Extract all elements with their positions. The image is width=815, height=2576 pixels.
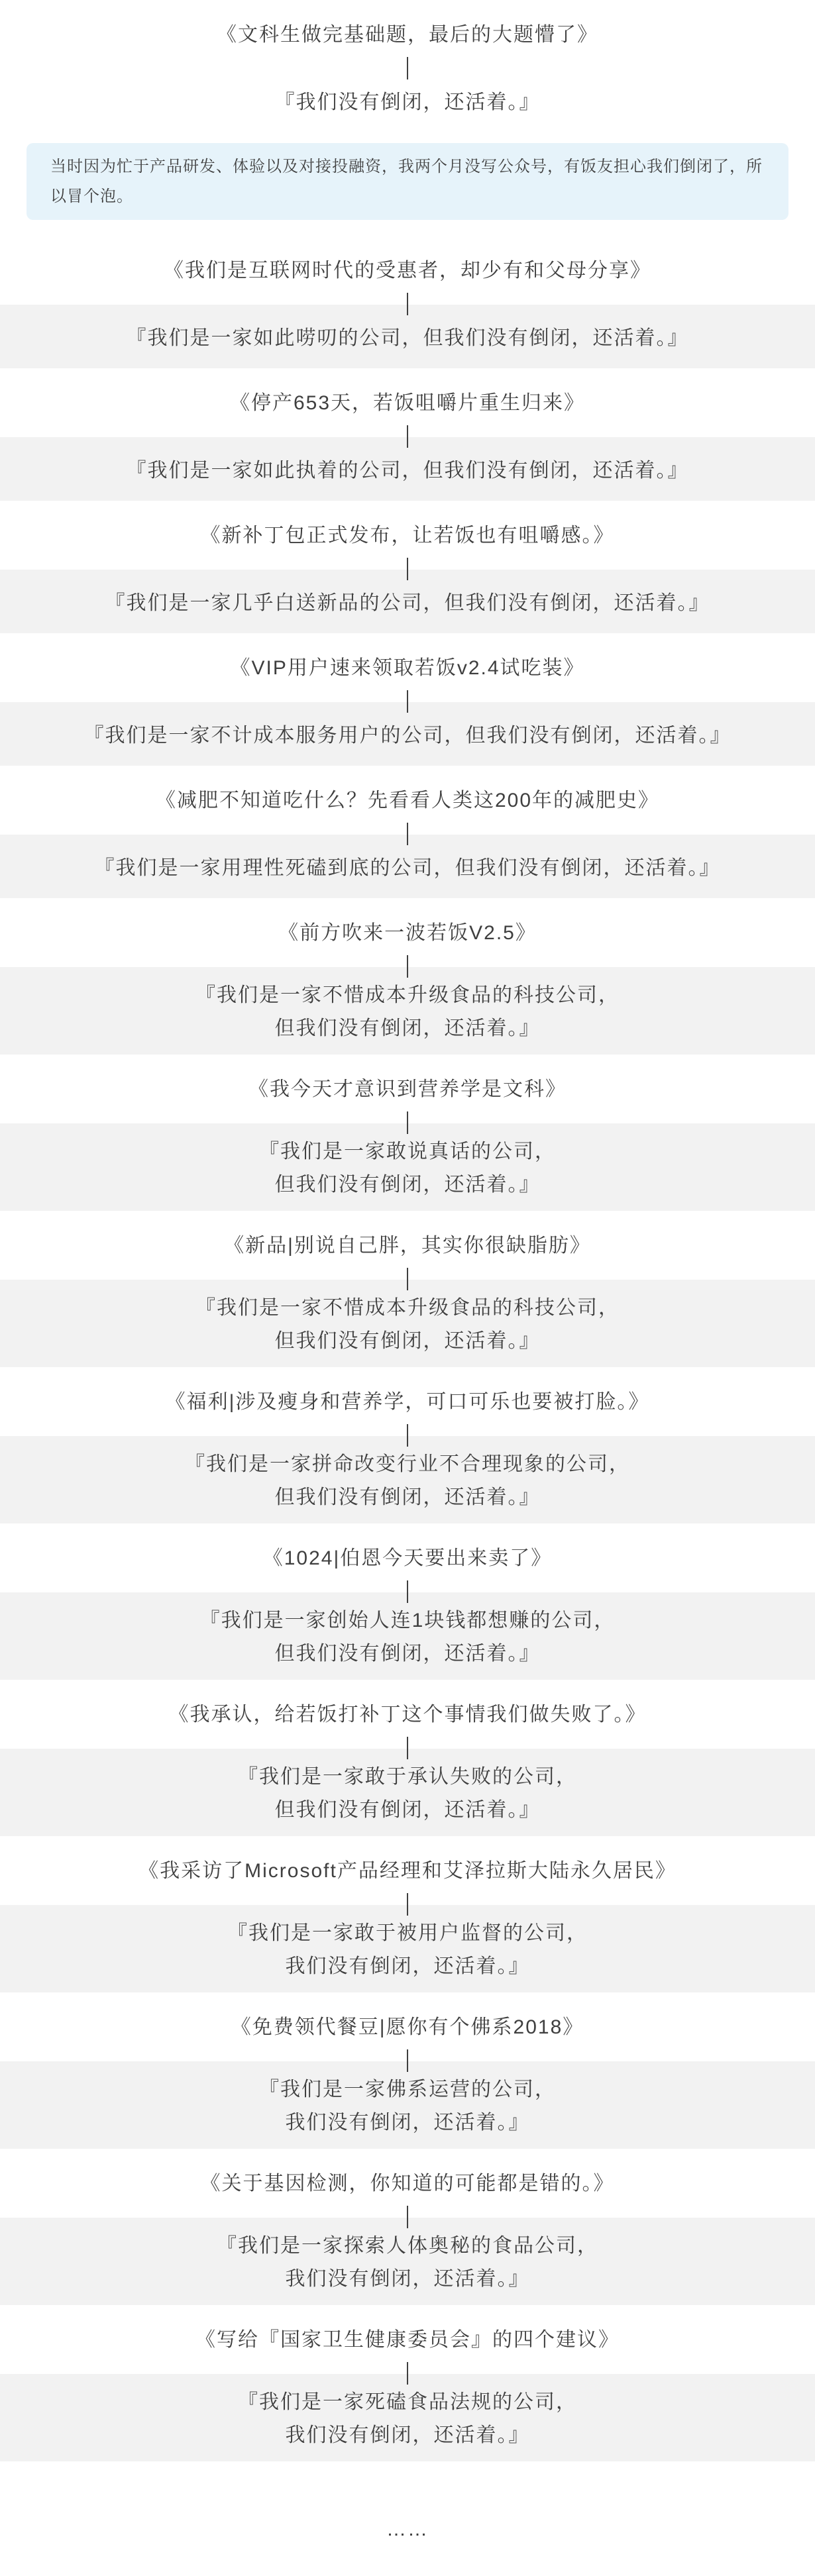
divider-bar (407, 2362, 408, 2385)
post-title: 《福利|涉及瘦身和营养学，可口可乐也要被打脸。》 (0, 1388, 815, 1416)
author-note: 当时因为忙于产品研发、体验以及对接投融资，我两个月没写公众号，有饭友担心我们倒闭… (27, 143, 788, 220)
quote-line: 『我们是一家拼命改变行业不合理现象的公司， (13, 1448, 802, 1481)
company-status-quote: 『我们是一家死磕食品法规的公司， 我们没有倒闭，还活着。』 (0, 2374, 815, 2461)
divider-bar (407, 1268, 408, 1290)
quote-line: 『我们是一家创始人连1块钱都想赚的公司， (13, 1604, 802, 1637)
divider-bar (407, 57, 408, 79)
post-title: 《文科生做完基础题，最后的大题懵了》 (0, 21, 815, 49)
divider-bar (407, 1424, 408, 1447)
post-section: 《文科生做完基础题，最后的大题懵了》 『我们没有倒闭，还活着。』 (0, 21, 815, 119)
post-title: 《我们是互联网时代的受惠者，却少有和父母分享》 (0, 257, 815, 285)
company-status-quote: 『我们是一家不惜成本升级食品的科技公司， 但我们没有倒闭，还活着。』 (0, 1280, 815, 1367)
divider-bar (407, 2049, 408, 2072)
quote-line: 『我们没有倒闭，还活着。』 (0, 86, 815, 119)
divider-bar (407, 1111, 408, 1134)
post-title: 《我承认，给若饭打补丁这个事情我们做失败了。》 (0, 1701, 815, 1729)
post-title: 《1024|伯恩今天要出来卖了》 (0, 1545, 815, 1572)
post-title: 《VIP用户速来领取若饭v2.4试吃装》 (0, 654, 815, 682)
divider-bar (407, 690, 408, 713)
quote-line: 我们没有倒闭，还活着。』 (13, 2106, 802, 2139)
quote-line: 『我们是一家几乎白送新品的公司，但我们没有倒闭，还活着。』 (13, 587, 802, 620)
company-status-quote: 『我们是一家创始人连1块钱都想赚的公司， 但我们没有倒闭，还活着。』 (0, 1592, 815, 1680)
post-section: 《新补丁包正式发布，让若饭也有咀嚼感。》 『我们是一家几乎白送新品的公司，但我们… (0, 522, 815, 633)
quote-line: 『我们是一家敢说真话的公司， (13, 1135, 802, 1168)
quote-line: 『我们是一家佛系运营的公司， (13, 2073, 802, 2106)
quote-line: 但我们没有倒闭，还活着。』 (13, 1012, 802, 1045)
divider-bar (407, 2206, 408, 2228)
quote-line: 『我们是一家不惜成本升级食品的科技公司， (13, 1292, 802, 1325)
post-title: 《停产653天，若饭咀嚼片重生归来》 (0, 389, 815, 417)
quote-line: 但我们没有倒闭，还活着。』 (13, 1481, 802, 1514)
company-status-quote: 『我们是一家佛系运营的公司， 我们没有倒闭，还活着。』 (0, 2061, 815, 2149)
divider-bar (407, 1893, 408, 1916)
quote-line: 『我们是一家不惜成本升级食品的科技公司， (13, 979, 802, 1012)
post-section: 《免费领代餐豆|愿你有个佛系2018》 『我们是一家佛系运营的公司， 我们没有倒… (0, 2014, 815, 2149)
quote-line: 『我们是一家敢于承认失败的公司， (13, 1761, 802, 1794)
company-status-quote: 『我们是一家拼命改变行业不合理现象的公司， 但我们没有倒闭，还活着。』 (0, 1436, 815, 1523)
post-section: 《我采访了Microsoft产品经理和艾泽拉斯大陆永久居民》 『我们是一家敢于被… (0, 1857, 815, 1992)
quote-line: 『我们是一家如此唠叨的公司，但我们没有倒闭，还活着。』 (13, 322, 802, 355)
post-section: 《VIP用户速来领取若饭v2.4试吃装》 『我们是一家不计成本服务用户的公司，但… (0, 654, 815, 766)
quote-line: 『我们是一家死磕食品法规的公司， (13, 2386, 802, 2419)
divider-bar (407, 425, 408, 448)
article-page: 《文科生做完基础题，最后的大题懵了》 『我们没有倒闭，还活着。』 当时因为忙于产… (0, 0, 815, 2576)
post-title: 《免费领代餐豆|愿你有个佛系2018》 (0, 2014, 815, 2041)
post-section: 《减肥不知道吃什么？先看看人类这200年的减肥史》 『我们是一家用理性死磕到底的… (0, 787, 815, 898)
company-status-quote: 『我们没有倒闭，还活着。』 (0, 86, 815, 119)
post-title: 《我采访了Microsoft产品经理和艾泽拉斯大陆永久居民》 (0, 1857, 815, 1885)
quote-line: 『我们是一家敢于被用户监督的公司， (13, 1917, 802, 1950)
post-section: 《停产653天，若饭咀嚼片重生归来》 『我们是一家如此执着的公司，但我们没有倒闭… (0, 389, 815, 501)
quote-line: 但我们没有倒闭，还活着。』 (13, 1168, 802, 1202)
post-section: 《我们是互联网时代的受惠者，却少有和父母分享》 『我们是一家如此唠叨的公司，但我… (0, 257, 815, 368)
post-section: 《关于基因检测，你知道的可能都是错的。》 『我们是一家探索人体奥秘的食品公司， … (0, 2170, 815, 2305)
quote-line: 『我们是一家探索人体奥秘的食品公司， (13, 2230, 802, 2263)
divider-bar (407, 558, 408, 580)
quote-line: 但我们没有倒闭，还活着。』 (13, 1794, 802, 1827)
quote-line: 我们没有倒闭，还活着。』 (13, 2263, 802, 2296)
quote-line: 我们没有倒闭，还活着。』 (13, 2419, 802, 2452)
post-section: 《我承认，给若饭打补丁这个事情我们做失败了。》 『我们是一家敢于承认失败的公司，… (0, 1701, 815, 1836)
company-status-quote: 『我们是一家敢于承认失败的公司， 但我们没有倒闭，还活着。』 (0, 1749, 815, 1836)
post-section: 《前方吹来一波若饭V2.5》 『我们是一家不惜成本升级食品的科技公司， 但我们没… (0, 919, 815, 1055)
ellipsis: …… (0, 2513, 815, 2546)
quote-line: 『我们是一家不计成本服务用户的公司，但我们没有倒闭，还活着。』 (13, 719, 802, 752)
divider-bar (407, 1737, 408, 1759)
post-title: 《前方吹来一波若饭V2.5》 (0, 919, 815, 947)
quote-line: 但我们没有倒闭，还活着。』 (13, 1325, 802, 1358)
post-title: 《我今天才意识到营养学是文科》 (0, 1076, 815, 1104)
post-section: 《写给『国家卫生健康委员会』的四个建议》 『我们是一家死磕食品法规的公司， 我们… (0, 2326, 815, 2461)
divider-bar (407, 293, 408, 315)
post-title: 《新补丁包正式发布，让若饭也有咀嚼感。》 (0, 522, 815, 550)
post-title: 《关于基因检测，你知道的可能都是错的。》 (0, 2170, 815, 2198)
divider-bar (407, 823, 408, 845)
post-title: 《减肥不知道吃什么？先看看人类这200年的减肥史》 (0, 787, 815, 815)
post-section: 《新品|别说自己胖，其实你很缺脂肪》 『我们是一家不惜成本升级食品的科技公司， … (0, 1232, 815, 1367)
post-section: 《福利|涉及瘦身和营养学，可口可乐也要被打脸。》 『我们是一家拼命改变行业不合理… (0, 1388, 815, 1523)
quote-line: 但我们没有倒闭，还活着。』 (13, 1637, 802, 1671)
post-title: 《新品|别说自己胖，其实你很缺脂肪》 (0, 1232, 815, 1260)
divider-bar (407, 955, 408, 978)
quote-line: 『我们是一家用理性死磕到底的公司，但我们没有倒闭，还活着。』 (13, 852, 802, 885)
company-status-quote: 『我们是一家敢说真话的公司， 但我们没有倒闭，还活着。』 (0, 1123, 815, 1211)
company-status-quote: 『我们是一家敢于被用户监督的公司， 我们没有倒闭，还活着。』 (0, 1905, 815, 1992)
company-status-quote: 『我们是一家不惜成本升级食品的科技公司， 但我们没有倒闭，还活着。』 (0, 967, 815, 1055)
post-section: 《1024|伯恩今天要出来卖了》 『我们是一家创始人连1块钱都想赚的公司， 但我… (0, 1545, 815, 1680)
post-section: 《我今天才意识到营养学是文科》 『我们是一家敢说真话的公司， 但我们没有倒闭，还… (0, 1076, 815, 1211)
post-title: 《写给『国家卫生健康委员会』的四个建议》 (0, 2326, 815, 2354)
quote-line: 『我们是一家如此执着的公司，但我们没有倒闭，还活着。』 (13, 454, 802, 488)
quote-line: 我们没有倒闭，还活着。』 (13, 1950, 802, 1983)
divider-bar (407, 1580, 408, 1603)
company-status-quote: 『我们是一家探索人体奥秘的食品公司， 我们没有倒闭，还活着。』 (0, 2218, 815, 2305)
